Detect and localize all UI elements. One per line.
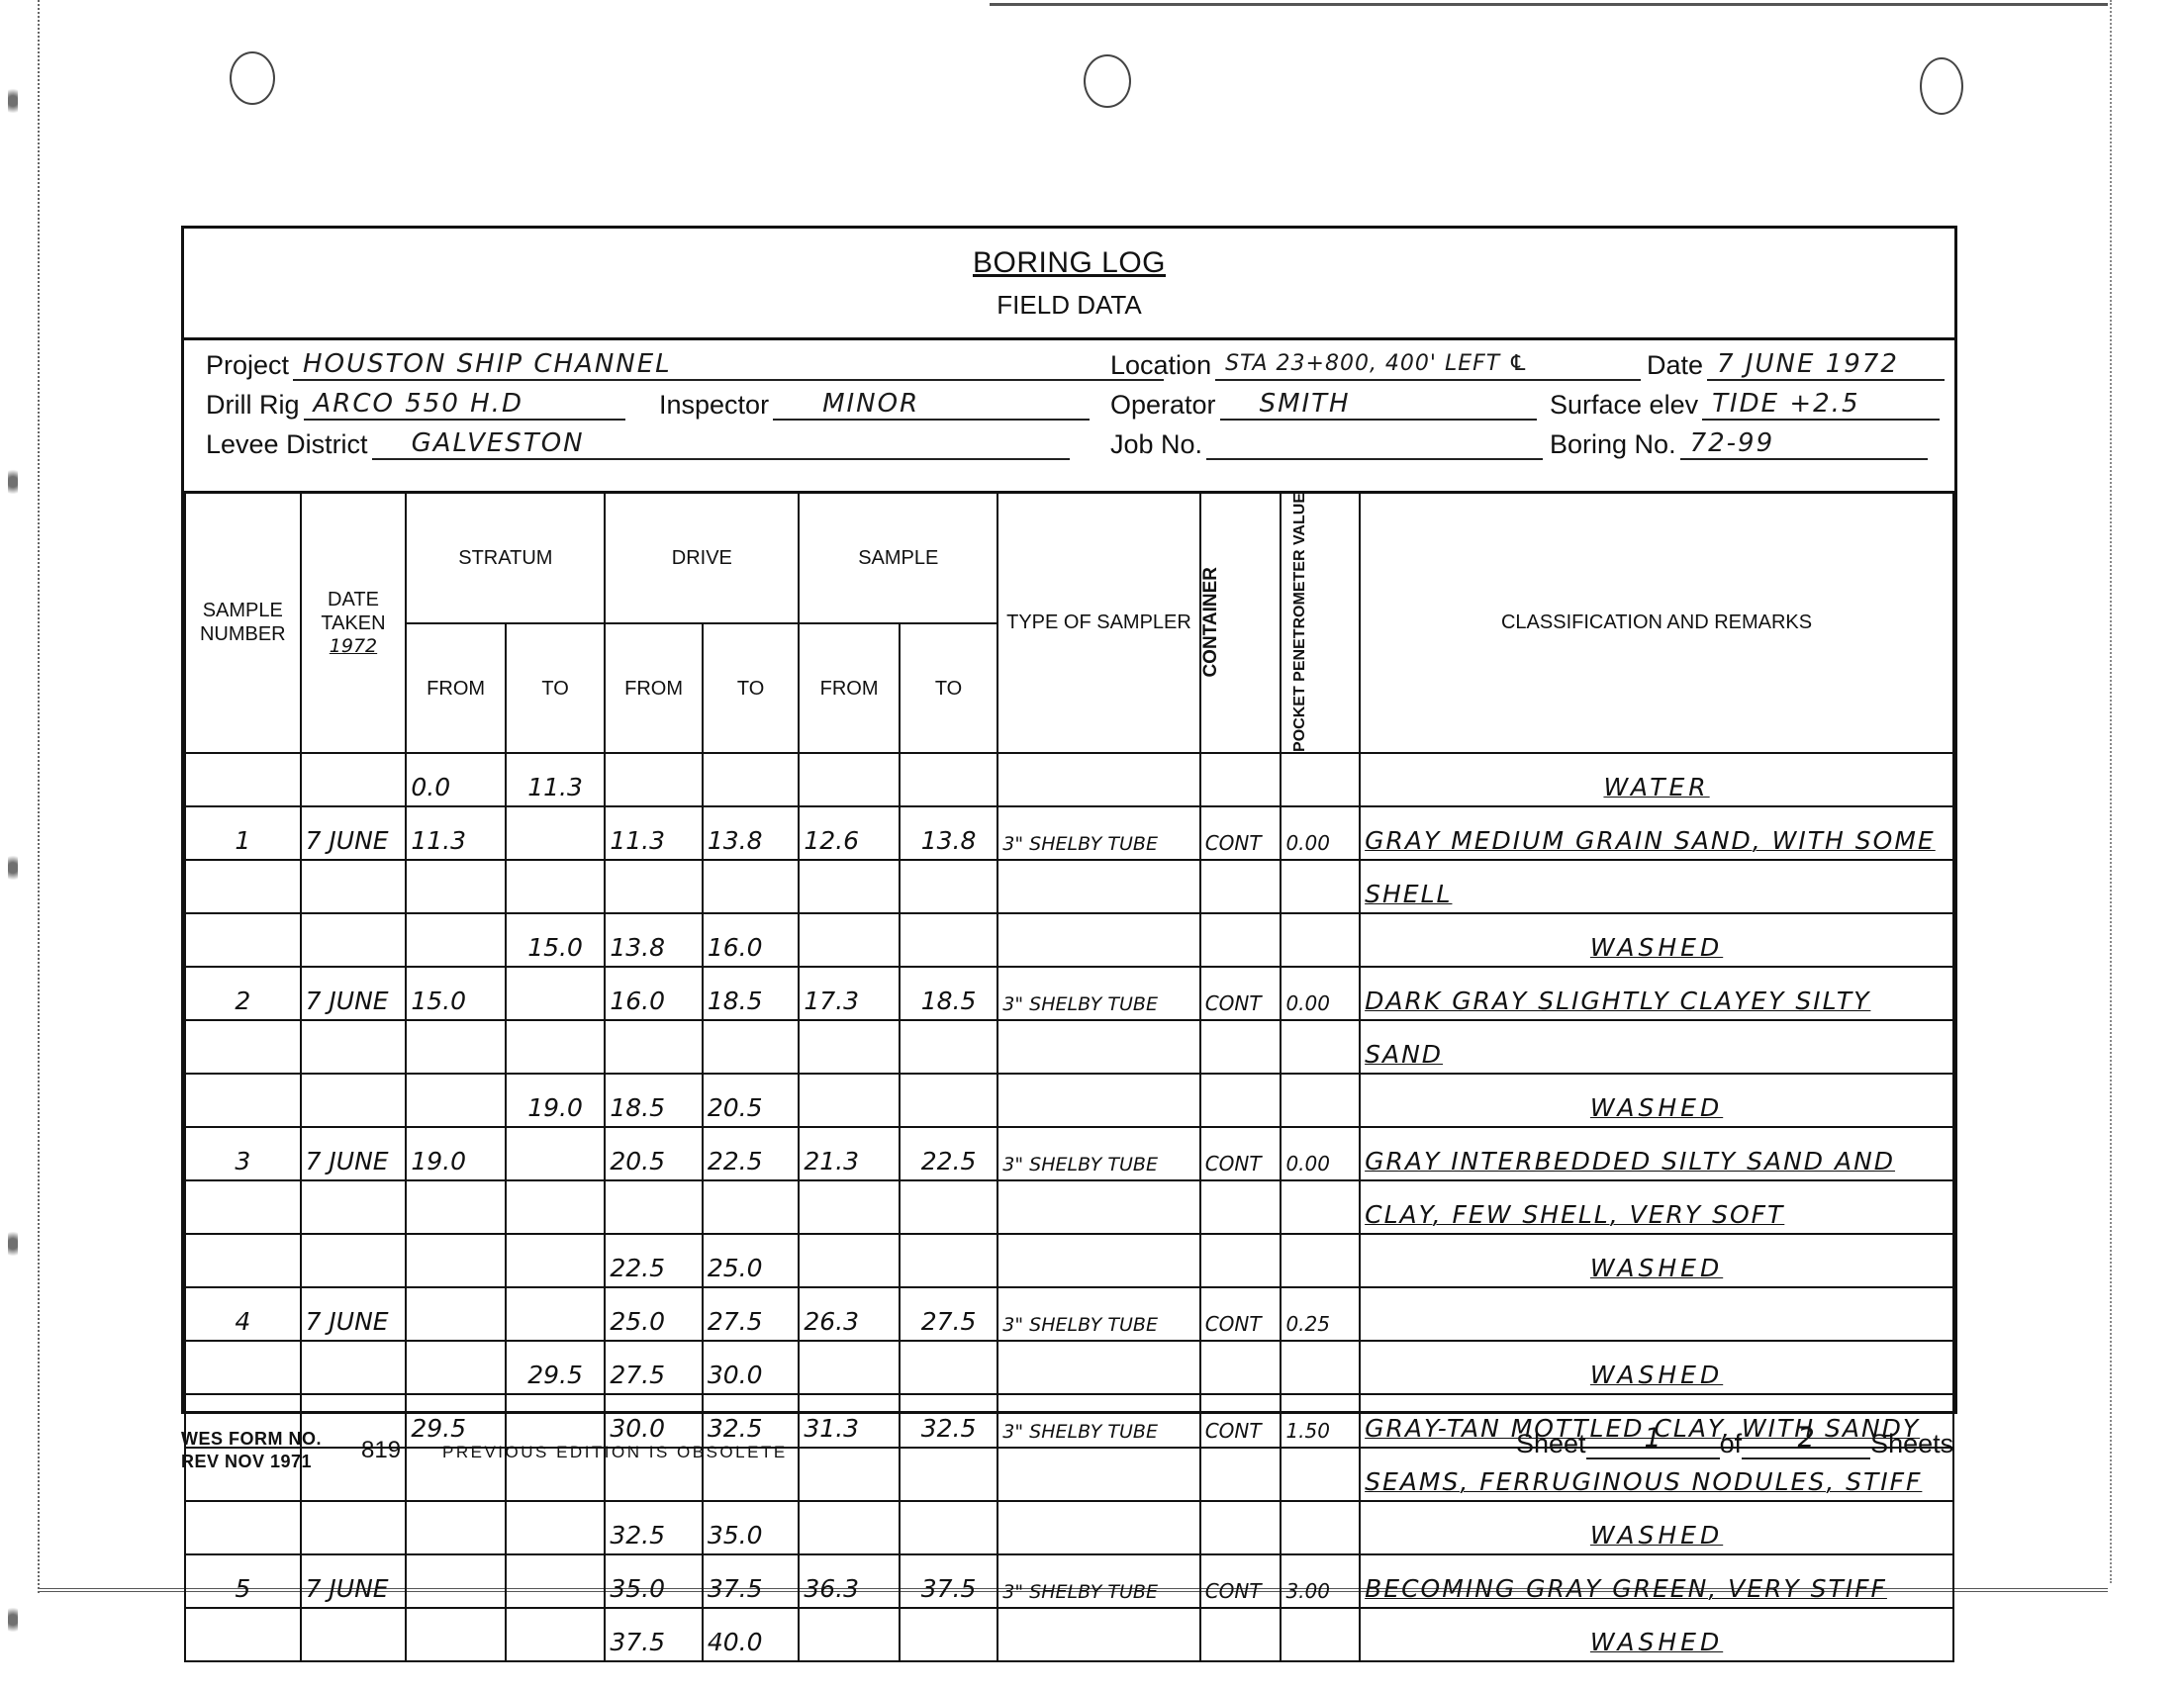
drive-to-cell — [703, 860, 800, 913]
sampler-cell: 3" SHELBY TUBE — [997, 967, 1199, 1020]
table-row: 37.540.0WASHED — [185, 1608, 1953, 1661]
drive-from-cell — [605, 860, 703, 913]
penetrometer-cell: 1.50 — [1281, 1394, 1360, 1448]
drill-rig-input[interactable]: ARCO 550 H.D — [304, 389, 625, 421]
remarks-cell: WASHED — [1360, 913, 1953, 967]
stratum-from-cell — [406, 1074, 505, 1127]
date-cell: 7 JUNE — [301, 806, 407, 860]
sample-number-cell — [185, 860, 301, 913]
date-cell — [301, 860, 407, 913]
stratum-to-cell: 11.3 — [506, 753, 605, 806]
date-cell — [301, 1234, 407, 1287]
sampler-cell — [997, 1501, 1199, 1554]
sheet-counter: Sheet 1 of 2 Sheets — [1516, 1428, 1953, 1459]
stratum-to-cell: 29.5 — [506, 1341, 605, 1394]
container-cell — [1200, 1180, 1282, 1234]
form-subtitle: FIELD DATA — [184, 290, 1954, 321]
stratum-from-cell — [406, 1554, 505, 1608]
sample-number-cell — [185, 1180, 301, 1234]
header-pocket-penetrometer: POCKET PENETROMETER VALUE — [1281, 492, 1360, 753]
stratum-from-cell — [406, 1287, 505, 1341]
sample-to-cell: 18.5 — [900, 967, 997, 1020]
inspector-field: Inspector MINOR — [659, 389, 1090, 421]
sample-number-cell — [185, 1341, 301, 1394]
sample-from-cell: 17.3 — [799, 967, 899, 1020]
date-field: Date 7 JUNE 1972 — [1647, 349, 1945, 381]
boring-log-form: BORING LOG FIELD DATA Project HOUSTON SH… — [181, 226, 1957, 1414]
date-cell — [301, 1608, 407, 1661]
sampler-cell — [997, 1074, 1199, 1127]
scan-speckle — [8, 1603, 18, 1637]
drive-to-cell — [703, 1020, 800, 1074]
remarks-cell: GRAY INTERBEDDED SILTY SAND AND — [1360, 1127, 1953, 1180]
drive-to-cell: 13.8 — [703, 806, 800, 860]
header-date-taken: DATE TAKEN 1972 — [301, 492, 407, 753]
job-no-field: Job No. — [1110, 428, 1543, 460]
punch-hole-icon — [230, 51, 275, 105]
paper-edge — [38, 0, 40, 1593]
drive-from-cell: 18.5 — [605, 1074, 703, 1127]
sampler-cell — [997, 913, 1199, 967]
header-sample-to: TO — [900, 623, 997, 753]
penetrometer-cell: 0.00 — [1281, 1127, 1360, 1180]
container-cell — [1200, 860, 1282, 913]
date-input[interactable]: 7 JUNE 1972 — [1707, 349, 1945, 381]
date-cell — [301, 753, 407, 806]
stratum-from-cell — [406, 1341, 505, 1394]
scan-speckle — [8, 851, 18, 885]
date-cell — [301, 1074, 407, 1127]
drill-rig-field: Drill Rig ARCO 550 H.D — [206, 389, 625, 421]
stratum-to-cell — [506, 806, 605, 860]
container-cell — [1200, 913, 1282, 967]
container-cell — [1200, 1608, 1282, 1661]
form-number: 819 — [361, 1437, 401, 1464]
drive-to-cell: 37.5 — [703, 1554, 800, 1608]
sampler-cell — [997, 1608, 1199, 1661]
header-date-year: 1972 — [302, 635, 406, 658]
sample-to-cell — [900, 1608, 997, 1661]
punch-hole-icon — [1920, 57, 1963, 115]
scan-speckle — [8, 1227, 18, 1261]
sample-from-cell — [799, 1341, 899, 1394]
stratum-from-cell — [406, 1501, 505, 1554]
date-cell — [301, 1501, 407, 1554]
container-cell — [1200, 753, 1282, 806]
penetrometer-cell — [1281, 1608, 1360, 1661]
stratum-from-cell: 19.0 — [406, 1127, 505, 1180]
form-id: WES FORM NO. REV NOV 1971 — [181, 1428, 322, 1472]
stratum-from-cell — [406, 1608, 505, 1661]
boring-no-input[interactable]: 72-99 — [1680, 428, 1928, 460]
stratum-to-cell — [506, 1608, 605, 1661]
boring-no-field: Boring No. 72-99 — [1550, 428, 1928, 460]
drive-from-cell — [605, 1020, 703, 1074]
drive-to-cell: 16.0 — [703, 913, 800, 967]
stratum-to-cell — [506, 1394, 605, 1448]
header-stratum-to: TO — [506, 623, 605, 753]
sample-to-cell: 27.5 — [900, 1287, 997, 1341]
sample-from-cell — [799, 1234, 899, 1287]
sample-from-cell — [799, 1608, 899, 1661]
sampler-cell: 3" SHELBY TUBE — [997, 1554, 1199, 1608]
sample-from-cell: 31.3 — [799, 1394, 899, 1448]
drive-from-cell — [605, 1180, 703, 1234]
stratum-to-cell — [506, 1180, 605, 1234]
stratum-to-cell — [506, 1020, 605, 1074]
penetrometer-cell — [1281, 860, 1360, 913]
header-classification: CLASSIFICATION AND REMARKS — [1360, 492, 1953, 753]
container-cell — [1200, 1234, 1282, 1287]
sampler-cell: 3" SHELBY TUBE — [997, 806, 1199, 860]
date-cell — [301, 1341, 407, 1394]
date-cell — [301, 913, 407, 967]
drive-to-cell: 18.5 — [703, 967, 800, 1020]
date-cell: 7 JUNE — [301, 1287, 407, 1341]
remarks-cell: WASHED — [1360, 1608, 1953, 1661]
stratum-from-cell — [406, 1234, 505, 1287]
job-no-input[interactable] — [1206, 428, 1543, 460]
sample-to-cell — [900, 860, 997, 913]
sampler-cell: 3" SHELBY TUBE — [997, 1287, 1199, 1341]
stratum-from-cell — [406, 1180, 505, 1234]
sample-to-cell: 37.5 — [900, 1554, 997, 1608]
sampler-cell: 3" SHELBY TUBE — [997, 1127, 1199, 1180]
drive-to-cell: 20.5 — [703, 1074, 800, 1127]
drive-from-cell: 20.5 — [605, 1127, 703, 1180]
header-sample-from: FROM — [799, 623, 899, 753]
drive-to-cell: 30.0 — [703, 1341, 800, 1394]
sheet-number-input[interactable]: 1 — [1586, 1428, 1720, 1459]
sample-to-cell — [900, 1448, 997, 1501]
remarks-cell: SHELL — [1360, 860, 1953, 913]
drive-from-cell: 37.5 — [605, 1608, 703, 1661]
sample-from-cell: 12.6 — [799, 806, 899, 860]
remarks-cell: SAND — [1360, 1020, 1953, 1074]
container-cell: CONT — [1200, 1554, 1282, 1608]
penetrometer-cell — [1281, 1501, 1360, 1554]
sample-number-cell: 2 — [185, 967, 301, 1020]
penetrometer-cell: 3.00 — [1281, 1554, 1360, 1608]
drive-to-cell: 25.0 — [703, 1234, 800, 1287]
container-cell — [1200, 1074, 1282, 1127]
table-row: 17 JUNE11.311.313.812.613.83" SHELBY TUB… — [185, 806, 1953, 860]
paper-edge — [990, 3, 2108, 6]
boring-log-table: SAMPLE NUMBER DATE TAKEN 1972 STRATUM DR… — [184, 491, 1954, 1662]
surface-elev-field: Surface elev TIDE +2.5 — [1550, 389, 1940, 421]
sample-number-cell — [185, 913, 301, 967]
sample-number-cell: 1 — [185, 806, 301, 860]
sampler-cell — [997, 753, 1199, 806]
project-input[interactable]: HOUSTON SHIP CHANNEL — [293, 349, 1164, 381]
sample-to-cell — [900, 1234, 997, 1287]
scan-speckle — [8, 84, 18, 118]
container-cell: CONT — [1200, 806, 1282, 860]
penetrometer-cell: 0.00 — [1281, 806, 1360, 860]
drive-to-cell: 22.5 — [703, 1127, 800, 1180]
drive-to-cell: 27.5 — [703, 1287, 800, 1341]
table-row: 47 JUNE25.027.526.327.53" SHELBY TUBECON… — [185, 1287, 1953, 1341]
drive-from-cell: 22.5 — [605, 1234, 703, 1287]
table-row: 15.013.816.0WASHED — [185, 913, 1953, 967]
stratum-from-cell: 11.3 — [406, 806, 505, 860]
sample-from-cell: 36.3 — [799, 1554, 899, 1608]
sampler-cell — [997, 1020, 1199, 1074]
sample-to-cell — [900, 1180, 997, 1234]
header-stratum-from: FROM — [406, 623, 505, 753]
sampler-cell: 3" SHELBY TUBE — [997, 1394, 1199, 1448]
sample-to-cell — [900, 1020, 997, 1074]
date-cell: 7 JUNE — [301, 967, 407, 1020]
table-row: 37 JUNE19.020.522.521.322.53" SHELBY TUB… — [185, 1127, 1953, 1180]
sample-from-cell — [799, 1020, 899, 1074]
table-row: 27 JUNE15.016.018.517.318.53" SHELBY TUB… — [185, 967, 1953, 1020]
header-drive-from: FROM — [605, 623, 703, 753]
stratum-to-cell: 19.0 — [506, 1074, 605, 1127]
header-drive-to: TO — [703, 623, 800, 753]
form-title: BORING LOG — [184, 246, 1954, 280]
sample-to-cell — [900, 1501, 997, 1554]
drive-to-cell — [703, 753, 800, 806]
penetrometer-cell — [1281, 753, 1360, 806]
table-row: 32.535.0WASHED — [185, 1501, 1953, 1554]
sample-number-cell — [185, 1608, 301, 1661]
drive-to-cell: 35.0 — [703, 1501, 800, 1554]
location-input[interactable]: STA 23+800, 400' LEFT ℄ — [1215, 349, 1641, 381]
sample-to-cell: 32.5 — [900, 1394, 997, 1448]
sample-number-cell — [185, 1074, 301, 1127]
date-cell — [301, 1020, 407, 1074]
stratum-from-cell — [406, 913, 505, 967]
sample-number-cell — [185, 1234, 301, 1287]
container-cell — [1200, 1020, 1282, 1074]
remarks-cell: DARK GRAY SLIGHTLY CLAYEY SILTY — [1360, 967, 1953, 1020]
drive-from-cell: 32.5 — [605, 1501, 703, 1554]
info-section: Project HOUSTON SHIP CHANNEL Location ST… — [184, 337, 1954, 494]
stratum-to-cell — [506, 1501, 605, 1554]
sample-number-cell — [185, 1501, 301, 1554]
sample-number-cell: 3 — [185, 1127, 301, 1180]
drive-to-cell: 32.5 — [703, 1394, 800, 1448]
sampler-cell — [997, 1234, 1199, 1287]
remarks-cell: WASHED — [1360, 1074, 1953, 1127]
date-cell — [301, 1180, 407, 1234]
table-row: 29.527.530.0WASHED — [185, 1341, 1953, 1394]
header-container: CONTAINER — [1200, 492, 1282, 753]
drive-from-cell: 13.8 — [605, 913, 703, 967]
penetrometer-cell — [1281, 1074, 1360, 1127]
header-sample: SAMPLE — [799, 492, 997, 623]
project-field: Project HOUSTON SHIP CHANNEL — [206, 349, 1164, 381]
stratum-to-cell — [506, 1127, 605, 1180]
form-header: BORING LOG FIELD DATA — [184, 229, 1954, 340]
sample-from-cell — [799, 1448, 899, 1501]
remarks-cell: WASHED — [1360, 1234, 1953, 1287]
sampler-cell — [997, 1341, 1199, 1394]
remarks-cell: BECOMING GRAY GREEN, VERY STIFF — [1360, 1554, 1953, 1608]
stratum-from-cell: 29.5 — [406, 1394, 505, 1448]
total-sheets-input[interactable]: 2 — [1742, 1428, 1870, 1459]
remarks-cell: CLAY, FEW SHELL, VERY SOFT — [1360, 1180, 1953, 1234]
stratum-from-cell: 0.0 — [406, 753, 505, 806]
table-row: 57 JUNE35.037.536.337.53" SHELBY TUBECON… — [185, 1554, 1953, 1608]
sample-from-cell: 26.3 — [799, 1287, 899, 1341]
drive-to-cell: 40.0 — [703, 1608, 800, 1661]
surface-elev-input[interactable]: TIDE +2.5 — [1702, 389, 1940, 421]
table-row: 0.011.3WATER — [185, 753, 1953, 806]
penetrometer-cell — [1281, 1020, 1360, 1074]
table-row: 19.018.520.5WASHED — [185, 1074, 1953, 1127]
container-cell: CONT — [1200, 967, 1282, 1020]
sample-number-cell — [185, 1020, 301, 1074]
sample-to-cell: 22.5 — [900, 1127, 997, 1180]
sample-to-cell — [900, 1074, 997, 1127]
stratum-to-cell — [506, 1287, 605, 1341]
header-drive: DRIVE — [605, 492, 799, 623]
header-sample-number: SAMPLE NUMBER — [185, 492, 301, 753]
remarks-cell: WASHED — [1360, 1341, 1953, 1394]
penetrometer-cell — [1281, 913, 1360, 967]
container-cell: CONT — [1200, 1287, 1282, 1341]
sample-to-cell — [900, 913, 997, 967]
operator-field: Operator SMITH — [1110, 389, 1537, 421]
stratum-to-cell — [506, 1554, 605, 1608]
drive-from-cell: 35.0 — [605, 1554, 703, 1608]
location-field: Location STA 23+800, 400' LEFT ℄ — [1110, 349, 1641, 381]
stratum-to-cell — [506, 967, 605, 1020]
header-type-of-sampler: TYPE OF SAMPLER — [997, 492, 1199, 753]
penetrometer-cell — [1281, 1180, 1360, 1234]
stratum-from-cell: 15.0 — [406, 967, 505, 1020]
sample-from-cell — [799, 913, 899, 967]
table-body: 0.011.3WATER17 JUNE11.311.313.812.613.83… — [185, 753, 1953, 1661]
stratum-to-cell — [506, 860, 605, 913]
drive-from-cell: 11.3 — [605, 806, 703, 860]
sample-from-cell — [799, 1501, 899, 1554]
table-row: SAND — [185, 1020, 1953, 1074]
sampler-cell — [997, 860, 1199, 913]
container-cell — [1200, 1448, 1282, 1501]
sample-from-cell — [799, 753, 899, 806]
paper-edge — [2110, 0, 2112, 1583]
punch-hole-icon — [1084, 54, 1131, 108]
drive-from-cell: 27.5 — [605, 1341, 703, 1394]
sample-number-cell: 5 — [185, 1554, 301, 1608]
stratum-to-cell — [506, 1234, 605, 1287]
table-row: CLAY, FEW SHELL, VERY SOFT — [185, 1180, 1953, 1234]
drive-from-cell: 25.0 — [605, 1287, 703, 1341]
sample-to-cell — [900, 753, 997, 806]
sample-to-cell: 13.8 — [900, 806, 997, 860]
container-cell — [1200, 1501, 1282, 1554]
sample-from-cell — [799, 860, 899, 913]
sample-number-cell: 4 — [185, 1287, 301, 1341]
penetrometer-cell: 0.25 — [1281, 1287, 1360, 1341]
levee-district-input[interactable]: GALVESTON — [372, 428, 1070, 460]
sampler-cell — [997, 1180, 1199, 1234]
sample-to-cell — [900, 1341, 997, 1394]
table-row: SHELL — [185, 860, 1953, 913]
stratum-from-cell — [406, 1020, 505, 1074]
sample-from-cell — [799, 1074, 899, 1127]
scan-speckle — [8, 465, 18, 499]
penetrometer-cell — [1281, 1341, 1360, 1394]
remarks-cell: WATER — [1360, 753, 1953, 806]
remarks-cell: GRAY MEDIUM GRAIN SAND, WITH SOME — [1360, 806, 1953, 860]
drive-to-cell — [703, 1180, 800, 1234]
sampler-cell — [997, 1448, 1199, 1501]
stratum-to-cell: 15.0 — [506, 913, 605, 967]
stratum-from-cell — [406, 860, 505, 913]
remarks-cell: WASHED — [1360, 1501, 1953, 1554]
penetrometer-cell — [1281, 1448, 1360, 1501]
date-cell: 7 JUNE — [301, 1554, 407, 1608]
levee-district-field: Levee District GALVESTON — [206, 428, 1070, 460]
container-cell — [1200, 1341, 1282, 1394]
date-cell: 7 JUNE — [301, 1127, 407, 1180]
sample-from-cell — [799, 1180, 899, 1234]
drive-from-cell — [605, 753, 703, 806]
sample-from-cell: 21.3 — [799, 1127, 899, 1180]
drive-from-cell: 30.0 — [605, 1394, 703, 1448]
edition-note: PREVIOUS EDITION IS OBSOLETE — [442, 1443, 788, 1462]
penetrometer-cell: 0.00 — [1281, 967, 1360, 1020]
drive-from-cell: 16.0 — [605, 967, 703, 1020]
penetrometer-cell — [1281, 1234, 1360, 1287]
header-stratum: STRATUM — [406, 492, 605, 623]
container-cell: CONT — [1200, 1394, 1282, 1448]
remarks-cell — [1360, 1287, 1953, 1341]
operator-input[interactable]: SMITH — [1220, 389, 1537, 421]
inspector-input[interactable]: MINOR — [773, 389, 1090, 421]
table-row: 22.525.0WASHED — [185, 1234, 1953, 1287]
sample-number-cell — [185, 753, 301, 806]
container-cell: CONT — [1200, 1127, 1282, 1180]
